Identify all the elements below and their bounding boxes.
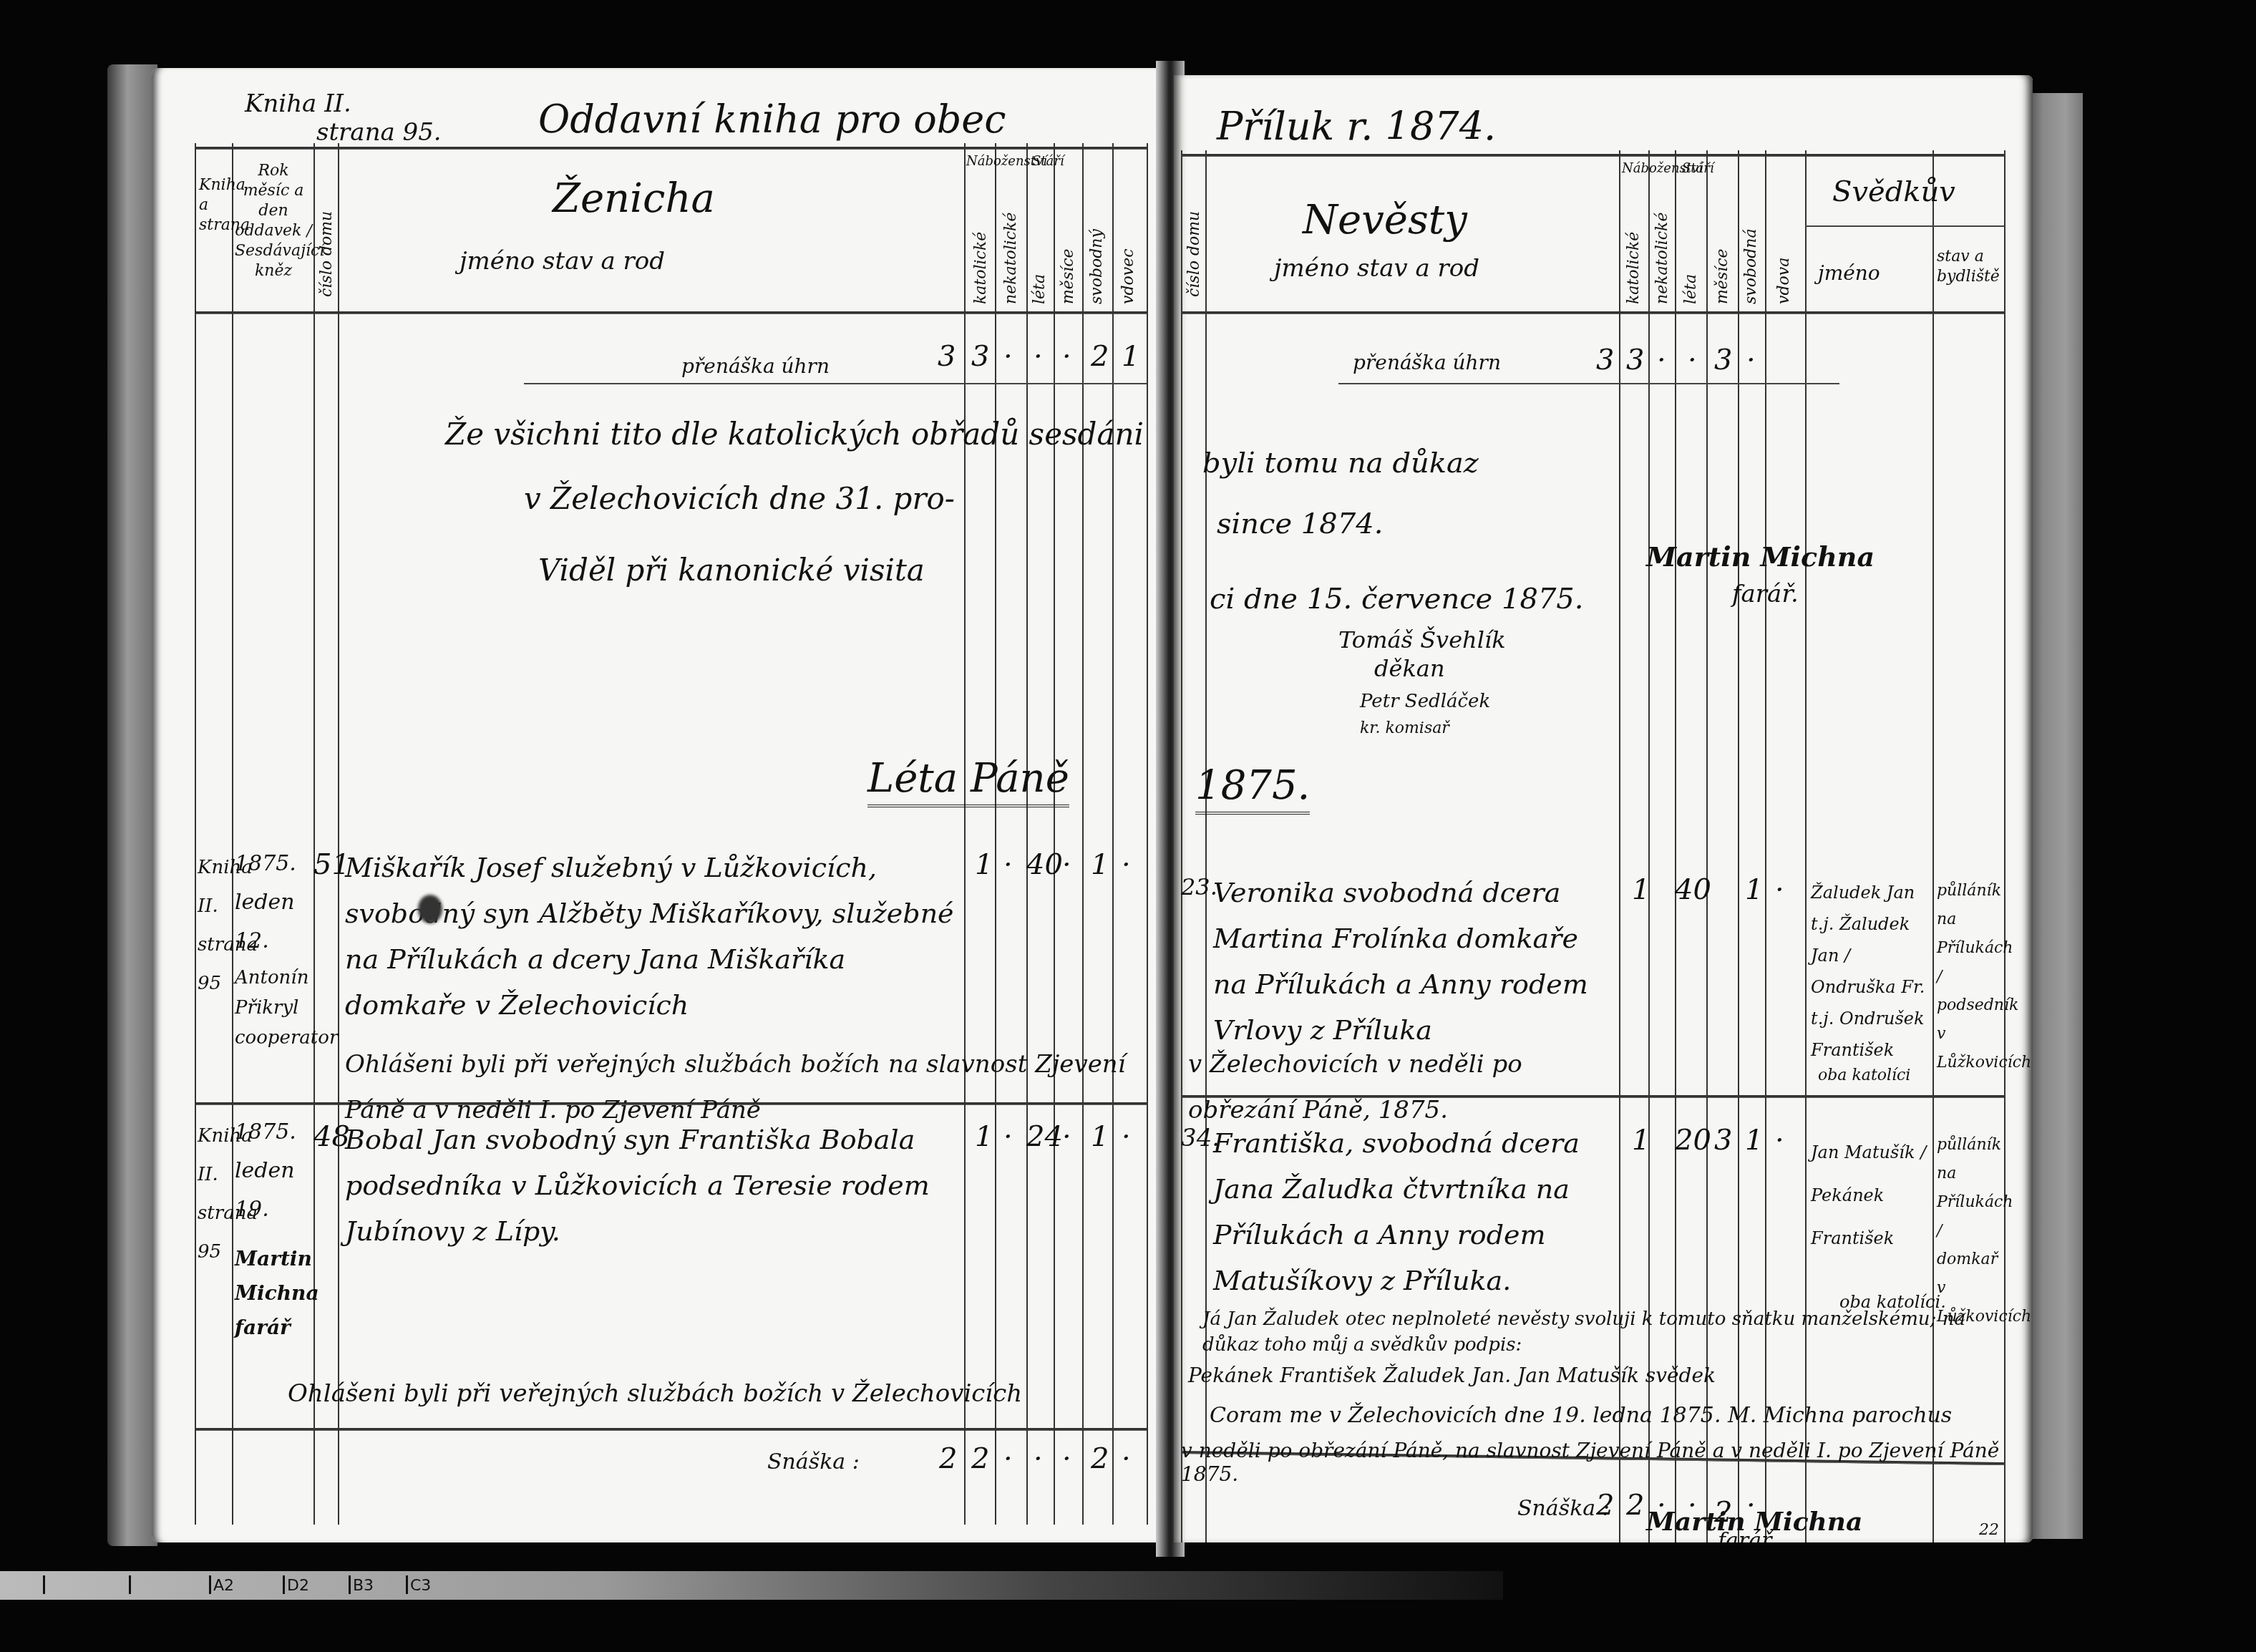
visitation-note-line: Že všichni tito dle katolických obřadů s… (445, 412, 1144, 457)
header-years: léta (1682, 254, 1700, 304)
visitation-note-line: v Želechovicích dne 31. pro- (524, 476, 955, 522)
visitation-date: ci dne 15. července 1875. (1210, 576, 1584, 622)
coram-statement: Coram me v Želechovicích dne 19. ledna 1… (1210, 1403, 1952, 1428)
carryover-value: · (1062, 340, 1071, 373)
status-widower: · (1122, 1120, 1131, 1153)
carryover-value: · (1688, 344, 1697, 376)
strip-tick (283, 1575, 285, 1594)
carryover-value: 1 (1122, 340, 1139, 373)
strip-label: D2 (287, 1577, 309, 1595)
strip-tick (209, 1575, 211, 1594)
signature-priest-name: Martin Michna (1646, 540, 1875, 573)
signature-commissioner-name: Petr Sedláček (1360, 691, 1490, 712)
carryover-rule (1338, 383, 1839, 384)
age-months: 3 (1714, 1124, 1732, 1157)
strip-label: A2 (213, 1577, 234, 1595)
header-years: léta (1031, 247, 1049, 304)
total-value: · (1034, 1442, 1043, 1475)
header-catholic: katolické (972, 211, 990, 304)
header-widower: vdovec (1119, 225, 1137, 304)
strip-tick (406, 1575, 408, 1594)
col-line (964, 143, 966, 1525)
ink-stain (418, 895, 442, 923)
right-page-title: Příluk r. 1874. (1217, 104, 1496, 149)
visitation-note-line: byli tomu na důkaz (1202, 440, 1479, 486)
religion-catholic: 1 (975, 848, 993, 881)
total-value: 2 (971, 1442, 989, 1475)
header-age: Stáří (1032, 154, 1064, 169)
header-noncatholic: nekatolické (1653, 211, 1671, 304)
header-house-number: číslo domu (1185, 190, 1203, 297)
carryover-value: 2 (1091, 340, 1109, 373)
religion-catholic: 1 (1632, 1124, 1650, 1157)
witness-header-rule (1805, 225, 2004, 227)
visitation-note-line: since 1874. (1217, 501, 1383, 547)
religion-noncatholic: · (1003, 1120, 1013, 1153)
header-witness-status: stav a bydliště (1937, 247, 2003, 287)
groom-entry-text: Bobal Jan svobodný syn Františka Bobala … (345, 1117, 961, 1254)
announcement-text: Ohlášeni byli při veřejných službách bož… (288, 1371, 1147, 1417)
entry-date: 1875. leden 19. (235, 1113, 312, 1229)
col-line (313, 143, 315, 1525)
carryover-value: 3 (1596, 344, 1614, 376)
witness-names: Jan Matušík / Pekánek František (1811, 1131, 1931, 1260)
page-number: 22 (1979, 1521, 1999, 1539)
carryover-value: · (1003, 340, 1013, 373)
col-line (232, 143, 233, 1525)
header-witnesses: Svědkův (1832, 175, 1955, 208)
header-date-priest: Rok měsíc a den oddavek / Sesdávající kn… (235, 161, 312, 281)
carryover-rule (524, 383, 1147, 384)
header-widow: vdova (1775, 240, 1793, 304)
signature-dean-title: děkan (1374, 655, 1445, 682)
entry-book-page: Kniha II. strana 95 (198, 848, 230, 1003)
status-widow: · (1775, 873, 1784, 906)
witness-status: půlláník na Přílukách / podsedník v Lůžk… (1937, 877, 2003, 1077)
header-religion: Náboženství (1622, 161, 1673, 176)
bride-entry-text: Františka, svobodná dcera Jana Žaludka č… (1213, 1120, 1614, 1303)
total-value: 2 (1626, 1489, 1644, 1522)
col-line (995, 143, 996, 1525)
total-value: 2 (939, 1442, 957, 1475)
strip-tick (349, 1575, 351, 1594)
strip-tick (129, 1575, 131, 1594)
signature-dean-name: Tomáš Švehlík (1338, 626, 1506, 653)
strip-label: B3 (353, 1577, 374, 1595)
header-groom: Ženicha (553, 175, 715, 222)
status-widow: · (1775, 1124, 1784, 1157)
total-value: · (1122, 1442, 1131, 1475)
book-cover-right (2026, 93, 2083, 1539)
col-line (1054, 143, 1055, 1525)
entry-priest: Antonín Přikryl cooperator (235, 963, 312, 1053)
groom-entry-text: Miškařík Josef služebný v Lůžkovicích, s… (345, 845, 961, 1028)
carryover-value: · (1034, 340, 1043, 373)
carryover-value: · (1746, 344, 1756, 376)
header-witness-name: jméno (1818, 261, 1880, 285)
strip-tick (43, 1575, 45, 1594)
carryover-label: přenáška úhrn (1353, 351, 1501, 374)
page-reference: strana 95. (316, 118, 442, 147)
carryover-value: 3 (1626, 344, 1644, 376)
col-line (1112, 143, 1114, 1525)
signature-priest-title: farář. (1732, 580, 1799, 608)
entry-book-page: Kniha II. strana 95 (198, 1117, 230, 1271)
witness-status: půlláník na Přílukách / domkař v Lůžkovi… (1937, 1131, 2003, 1331)
microfilm-reference-strip: A2 D2 B3 C3 (0, 1571, 1503, 1600)
header-bride: Nevěsty (1303, 197, 1467, 243)
header-groom-sub: jméno stav a rod (460, 247, 665, 276)
header-months: měsíce (1713, 225, 1731, 304)
signature-commissioner-title: kr. komisař (1360, 719, 1449, 737)
witness-names: Žaludek Jan t.j. Žaludek Jan / Ondruška … (1811, 877, 1931, 1066)
carryover-value: 3 (938, 340, 956, 373)
age-months: · (1062, 848, 1071, 881)
announcement-text: v neděli po obřezání Páně, na slavnost Z… (1181, 1439, 2004, 1486)
status-single: 1 (1745, 873, 1763, 906)
age-years: 24 (1026, 1120, 1063, 1153)
religion-catholic: 1 (1632, 873, 1650, 906)
status-single: 1 (1745, 1124, 1763, 1157)
col-line (1147, 143, 1148, 1525)
header-months: měsíce (1059, 225, 1077, 304)
strip-label: C3 (410, 1577, 431, 1595)
total-value: 2 (1596, 1489, 1614, 1522)
year-heading-left: Léta Páně (867, 755, 1069, 807)
total-label: Snáška : (767, 1449, 860, 1474)
signature-priest-title: farář. (1718, 1528, 1776, 1542)
header-single: svobodný (1088, 211, 1106, 304)
book-cover-left (107, 64, 157, 1546)
col-line (1026, 143, 1028, 1525)
right-page: Příluk r. 1874. číslo domu Nevěsty jméno… (1174, 75, 2033, 1542)
col-line (195, 143, 196, 1525)
col-line (1082, 143, 1084, 1525)
book-reference: Kniha II. (245, 89, 351, 118)
total-value: 2 (1091, 1442, 1109, 1475)
header-bride-sub: jméno stav a rod (1274, 254, 1479, 283)
announcement-text: v Želechovicích v neděli po obřezání Pán… (1188, 1041, 1618, 1133)
header-bottom-rule (1181, 311, 2004, 314)
carryover-value: · (1657, 344, 1666, 376)
age-years: 40 (1675, 873, 1711, 906)
age-years: 40 (1026, 848, 1063, 881)
consent-signatures: Pekánek František Žaludek Jan. Jan Matuš… (1188, 1364, 1716, 1387)
col-line (1181, 150, 1182, 1542)
bride-entry-text: Veronika svobodná dcera Martina Frolínka… (1213, 870, 1614, 1053)
status-single: 1 (1091, 848, 1109, 881)
year-heading-right: 1875. (1195, 762, 1310, 815)
carryover-value: 3 (971, 340, 989, 373)
header-top-rule (1181, 154, 2004, 157)
age-years: 20 (1675, 1124, 1711, 1157)
parental-consent: Já Jan Žaludek otec neplnoleté nevěsty s… (1202, 1306, 1990, 1358)
register-book: Kniha II. strana 95. Oddavní kniha pro o… (107, 61, 2083, 1564)
total-value: · (1003, 1442, 1013, 1475)
header-catholic: katolické (1625, 211, 1643, 304)
left-page-title: Oddavní kniha pro obec (538, 97, 1006, 142)
visitation-note-line: Viděl při kanonické visita (538, 548, 925, 593)
header-religion: Náboženství (966, 154, 1024, 169)
header-house-number: číslo domu (318, 211, 336, 297)
entry-date: 1875. leden 12. (235, 845, 312, 961)
left-page: Kniha II. strana 95. Oddavní kniha pro o… (152, 68, 1168, 1542)
header-single: svobodná (1742, 211, 1760, 304)
age-months: · (1062, 1120, 1071, 1153)
status-single: 1 (1091, 1120, 1109, 1153)
col-line (338, 143, 339, 1525)
entry-house-number: 23. (1181, 873, 1217, 900)
total-value: · (1062, 1442, 1071, 1475)
col-line (2004, 150, 2005, 1542)
header-age: Stáří (1682, 161, 1714, 176)
religion-catholic: 1 (975, 1120, 993, 1153)
carryover-value: 3 (1714, 344, 1732, 376)
religion-noncatholic: · (1003, 848, 1013, 881)
header-book-page: Kniha a strana (199, 175, 230, 235)
witness-note: oba katolíci (1818, 1066, 1910, 1084)
status-widower: · (1122, 848, 1131, 881)
header-noncatholic: nekatolické (1002, 211, 1020, 304)
entry-priest: Martin Michna farář (235, 1242, 312, 1345)
